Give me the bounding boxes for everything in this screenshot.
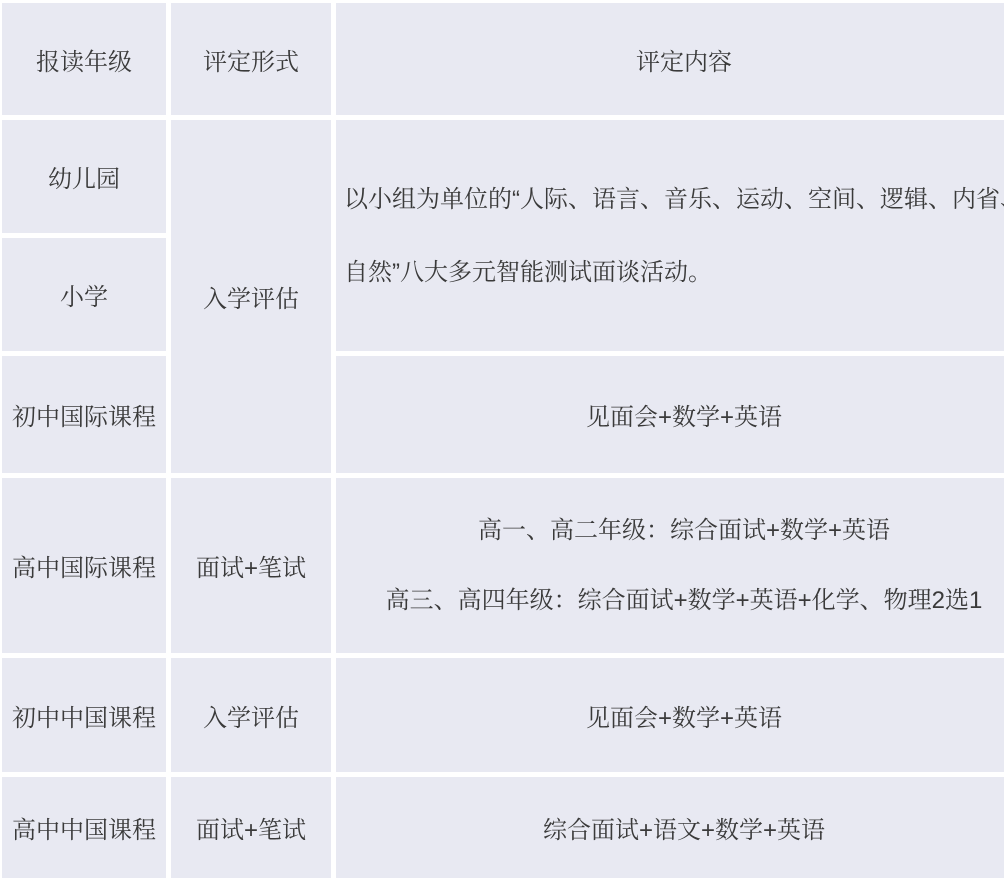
cell-grade-junior-international: 初中国际课程 <box>2 356 166 473</box>
multi-intelligence-line-1: 以小组为单位的“人际、语言、音乐、运动、空间、逻辑、内省、 <box>344 163 1004 236</box>
senior-international-line-1: 高一、高二年级：综合面试+数学+英语 <box>478 496 890 566</box>
header-cell-grade: 报读年级 <box>2 3 166 115</box>
cell-grade-kindergarten: 幼儿园 <box>2 120 166 233</box>
cell-content-junior-chinese: 见面会+数学+英语 <box>336 658 1004 772</box>
cell-form-interview-written-international: 面试+笔试 <box>171 478 331 653</box>
cell-grade-primary: 小学 <box>2 238 166 351</box>
cell-content-junior-international: 见面会+数学+英语 <box>336 356 1004 473</box>
senior-international-line-2: 高三、高四年级：综合面试+数学+英语+化学、物理2选1 <box>386 566 983 636</box>
cell-form-entry-assessment-merged: 入学评估 <box>171 120 331 473</box>
cell-content-multi-intelligence: 以小组为单位的“人际、语言、音乐、运动、空间、逻辑、内省、 自然”八大多元智能测… <box>336 120 1004 351</box>
cell-grade-senior-chinese: 高中中国课程 <box>2 777 166 878</box>
cell-content-senior-international: 高一、高二年级：综合面试+数学+英语 高三、高四年级：综合面试+数学+英语+化学… <box>336 478 1004 653</box>
cell-form-entry-assessment-chinese: 入学评估 <box>171 658 331 772</box>
admission-assessment-table: 报读年级 评定形式 评定内容 幼儿园 小学 初中国际课程 高中国际课程 初中中国… <box>0 0 1004 892</box>
multi-intelligence-line-2: 自然”八大多元智能测试面谈活动。 <box>344 236 712 309</box>
cell-form-interview-written-chinese: 面试+笔试 <box>171 777 331 878</box>
header-cell-assessment-content: 评定内容 <box>336 3 1004 115</box>
header-cell-assessment-form: 评定形式 <box>171 3 331 115</box>
cell-grade-junior-chinese: 初中中国课程 <box>2 658 166 772</box>
cell-content-senior-chinese: 综合面试+语文+数学+英语 <box>336 777 1004 878</box>
cell-grade-senior-international: 高中国际课程 <box>2 478 166 653</box>
